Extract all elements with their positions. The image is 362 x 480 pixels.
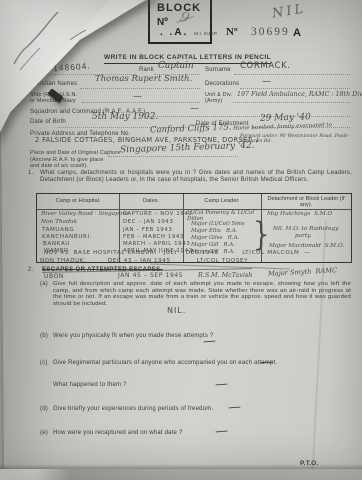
q2b-label: (b) <box>40 333 48 340</box>
leader-cell: Major Giles R.A. <box>191 235 239 241</box>
q2c2-answer-dash: — <box>214 377 228 393</box>
dates-cell: Feb – March 1943 <box>123 234 184 240</box>
q2d-label: (d) <box>40 406 48 413</box>
camp-cell: Kanchanburi. <box>42 234 92 240</box>
surname-value: CORMACK. <box>240 61 291 71</box>
squadron-value: — <box>190 104 199 114</box>
corner-pencil-scribble <box>0 0 120 130</box>
camp-cell: Bankau <box>43 241 70 247</box>
q2c-text: Give Regimental particulars of anyone wh… <box>53 360 277 367</box>
dates-cell: Jan – Feb 1943 <box>123 227 172 233</box>
q2c2-text: What happened to them ? <box>53 382 127 389</box>
mi9-jap-label: M.I. 9/JAP <box>194 31 217 37</box>
q2-pencil-camp: Ubon <box>44 273 64 280</box>
serial-number: 30699 <box>251 26 290 38</box>
q2e-label: (e) <box>40 430 48 437</box>
dates-cell: March – April 1943 <box>123 241 190 247</box>
dates-cell: Capture – Nov 1942 <box>123 211 192 217</box>
q2d-text: Give briefly your experiences during per… <box>53 406 213 413</box>
leader-cell: Major (Lt/Col) Sims <box>191 221 245 227</box>
th-block-leader: Detachment or Block Leader (if any). <box>265 196 347 208</box>
q2b-answer-dash: — <box>202 334 216 350</box>
leader-cell: Major Ellis R.A. <box>191 228 237 234</box>
block-leader-cell: Major Macdonald S.M.O. <box>269 243 344 249</box>
q2-pencil-leader: R.S.M. McTavish <box>198 271 252 279</box>
serial-no-label: Nº <box>226 26 238 38</box>
block-leader-cell: party. <box>295 233 312 239</box>
enlistment-value: 29 May '40 <box>260 112 311 124</box>
block-leader-cell: Maj Hutchings S.M.O <box>267 211 332 217</box>
q2e-answer-dash: — <box>214 424 228 440</box>
unit-div-label-line2: (Army) <box>205 99 222 105</box>
photo-bottom-strip <box>0 469 362 480</box>
camp-cell: Tamuang <box>42 227 74 233</box>
q2b-text: Were you physically fit when you made th… <box>53 333 213 340</box>
q2a-label: (a) <box>40 281 48 288</box>
q2a-answer-nil: NIL. <box>167 306 186 315</box>
scanned-pow-questionnaire: BLOCK Nº 9 . .A. M.I. 9/JAP Nº 30699 A N… <box>0 0 362 480</box>
q2c-answer-dash: — <box>259 355 273 371</box>
block-leader-cell: Nil. M.O. to Radiology <box>273 226 338 232</box>
dates-cell: Dec – Jan 1943 <box>123 219 174 225</box>
th-camp: Camp or Hospital. <box>41 198 115 204</box>
q2c-label: (c) <box>40 360 48 367</box>
brace-glyph: } <box>253 216 270 254</box>
table-overflow-line2: Non Thaduk. Dec 43 – Jan 1945 Lt/Col Too… <box>40 258 248 264</box>
q2a-text: Give full description and approx. date o… <box>53 281 351 307</box>
address-pencil-note2: Forward under: 90 Westminster Road, Pool… <box>240 134 352 145</box>
table-overflow-line1: Nov 43 Base Hospital Kanburi July – Dec … <box>44 250 310 256</box>
decorations-label: Decorations <box>205 81 239 88</box>
decorations-value: — <box>262 77 271 87</box>
unit-div-value: 197 Field Ambulance, RAMC : 18th Div. <box>237 91 362 98</box>
q2-pencil-dates: Jan 45 – Sep 1945 <box>118 272 183 279</box>
q2e-text: How were you recaptured and on what date… <box>53 430 182 437</box>
series-letter: A <box>293 27 301 39</box>
camp-cell: River Valley Road · Singapore <box>41 211 129 217</box>
surname-label: Surname <box>205 67 231 74</box>
th-dates: Dates. <box>123 198 179 204</box>
q2-number: 2. <box>28 267 33 274</box>
page-curl <box>0 0 180 180</box>
th-leader: Camp Leader. <box>187 198 257 204</box>
leader-cell: Major Gill R.A. <box>191 242 235 248</box>
q2d-answer-dash: — <box>227 400 241 416</box>
camp-cell: Non Thaduk <box>41 219 77 225</box>
